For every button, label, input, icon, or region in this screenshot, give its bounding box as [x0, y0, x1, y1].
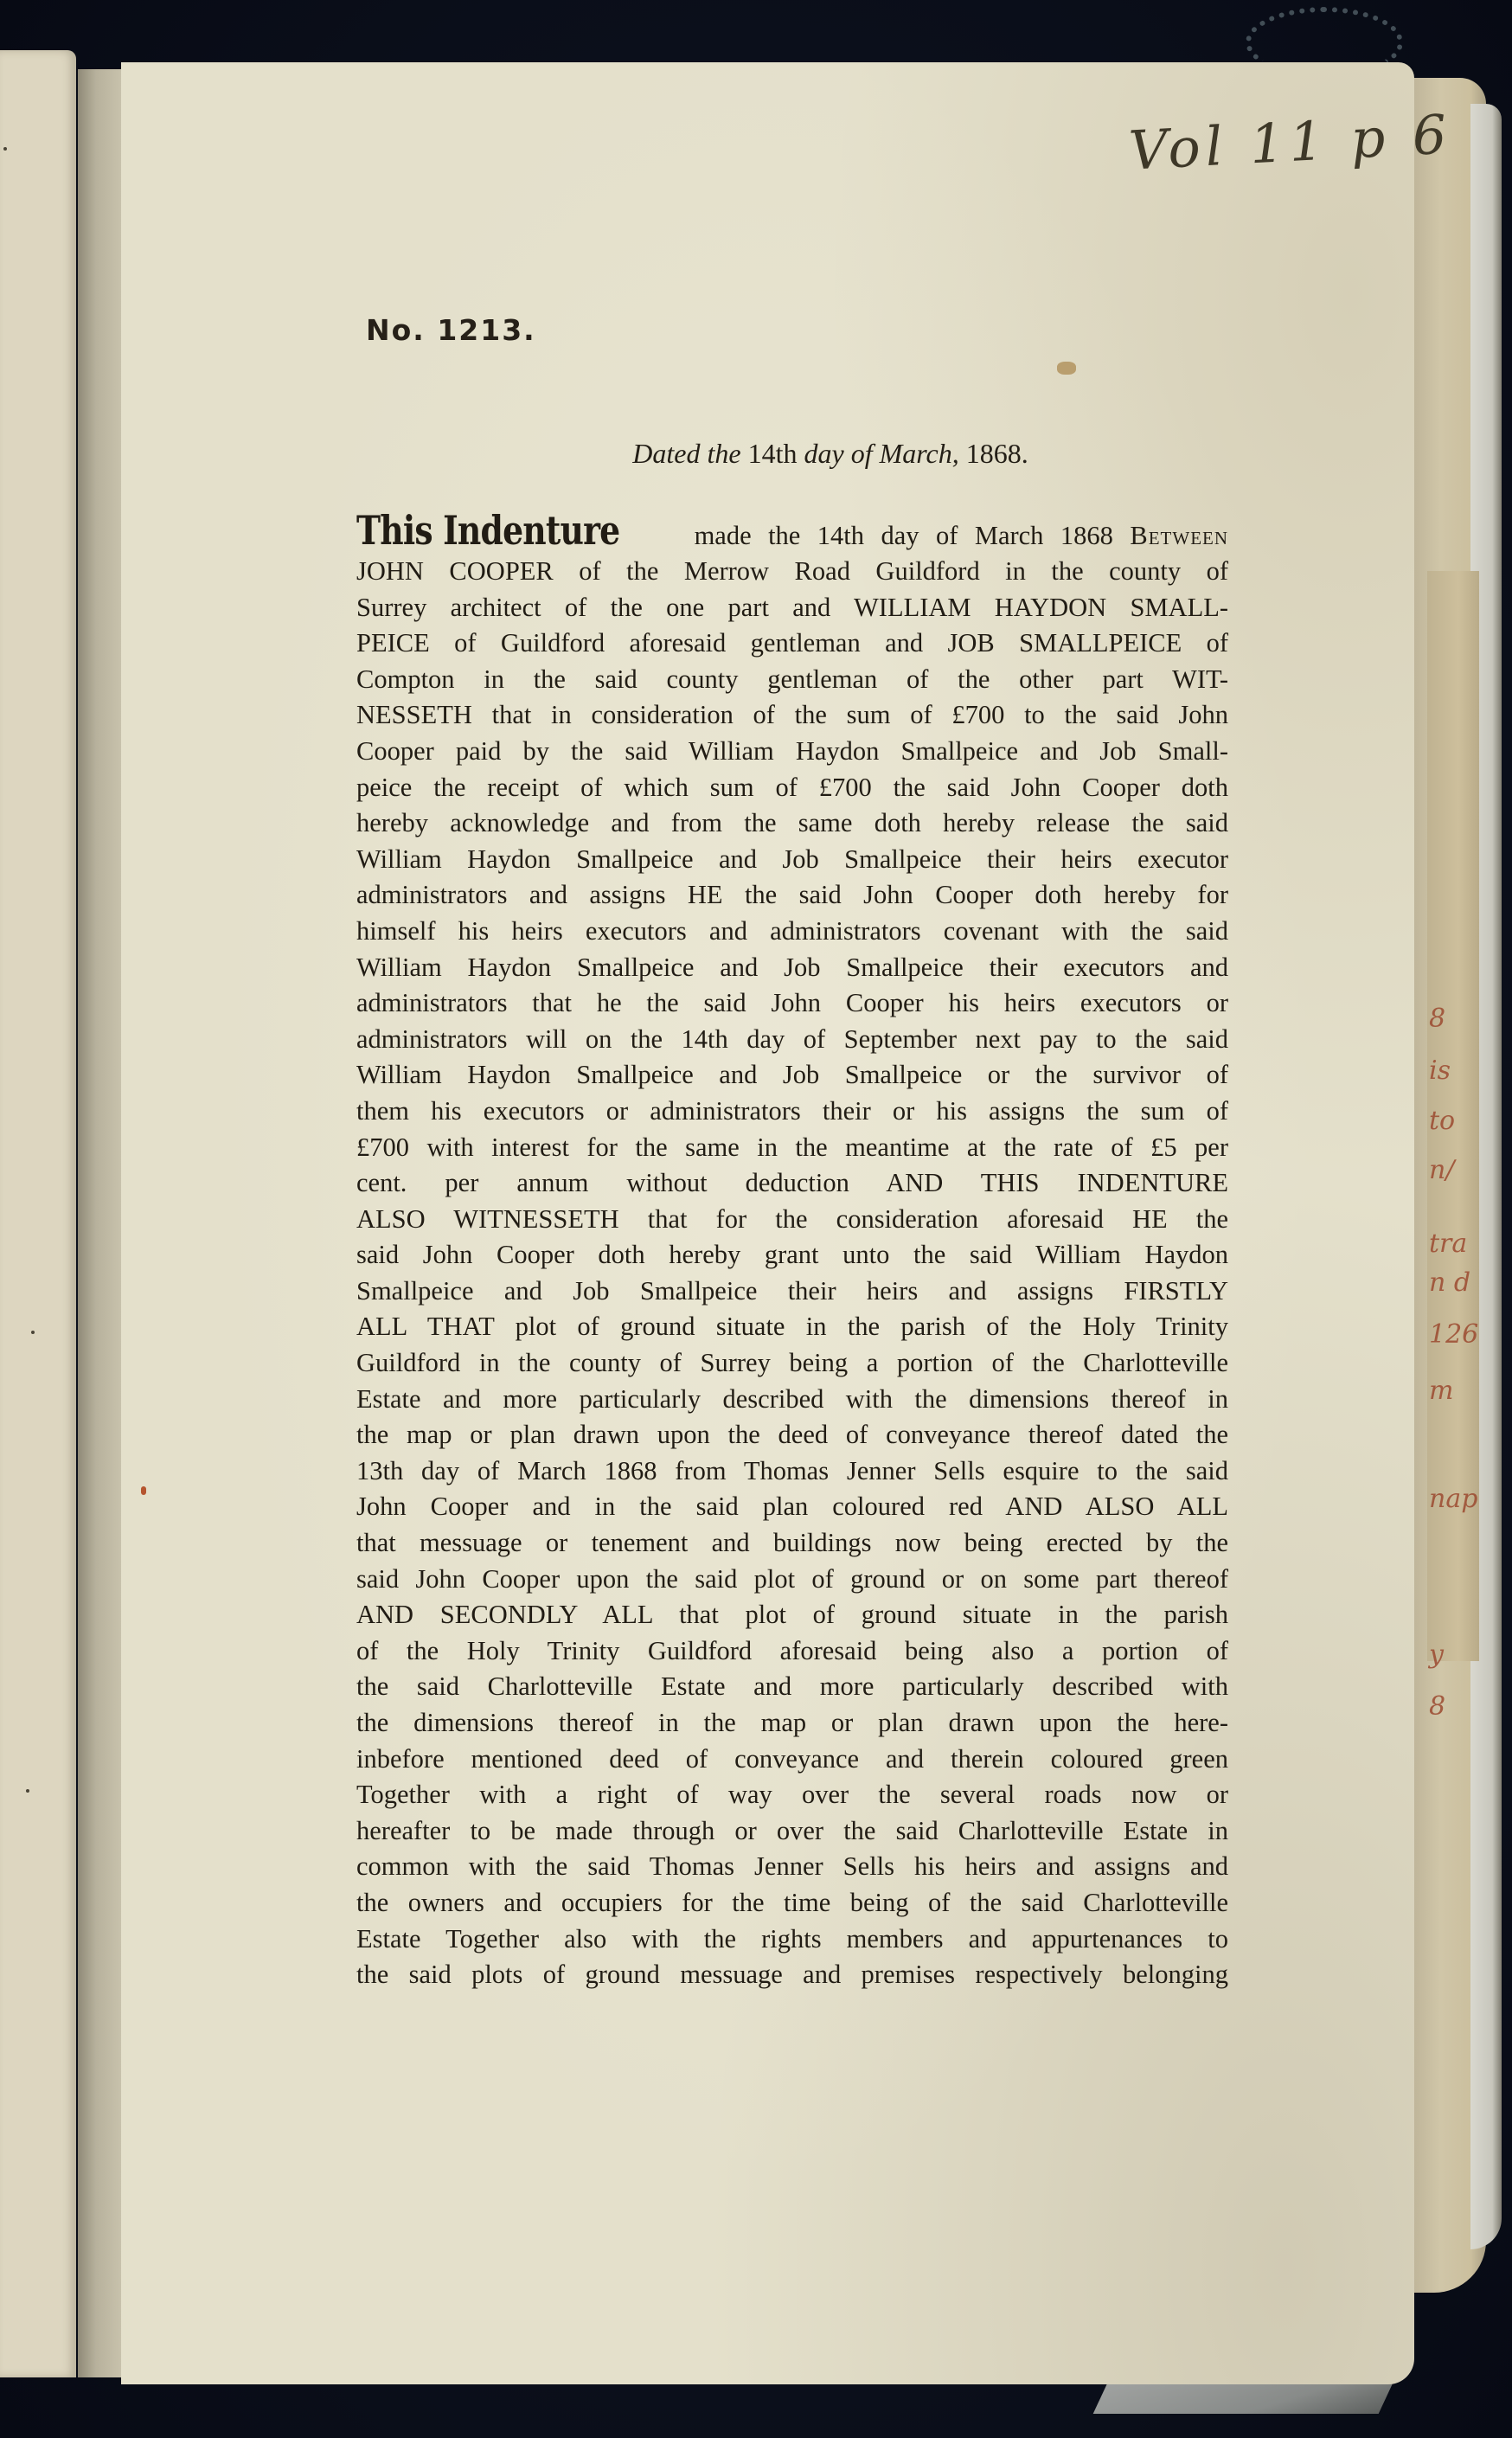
- dated-year: 1868.: [966, 438, 1028, 469]
- body-line: William Haydon Smallpeice and Job Smallp…: [356, 1057, 1228, 1094]
- margin-note: 8: [1429, 1691, 1445, 1722]
- dated-middle: day of: [804, 438, 872, 469]
- body-line: the owners and occupiers for the time be…: [356, 1885, 1228, 1922]
- body-line: common with the said Thomas Jenner Sells…: [356, 1849, 1228, 1885]
- body-line: ALSO WITNESSETH that for the considerati…: [356, 1202, 1228, 1238]
- body-line: Cooper paid by the said William Haydon S…: [356, 734, 1228, 770]
- body-line: cent. per annum without deduction AND TH…: [356, 1165, 1228, 1202]
- margin-note: n/: [1429, 1155, 1454, 1185]
- dated-prefix: Dated the: [632, 438, 740, 469]
- body-line: administrators will on the 14th day of S…: [356, 1022, 1228, 1058]
- page-speck: [26, 1789, 29, 1793]
- margin-note: is: [1429, 1055, 1451, 1086]
- left-facing-page: [0, 50, 76, 2377]
- body-line: 13th day of March 1868 from Thomas Jenne…: [356, 1453, 1228, 1490]
- document-number: No. 1213.: [366, 313, 536, 347]
- dated-line: Dated the 14th day of March, 1868.: [484, 438, 1176, 470]
- body-line: hereby acknowledge and from the same dot…: [356, 805, 1228, 842]
- body-line: the said plots of ground messuage and pr…: [356, 1957, 1228, 1993]
- red-ink-mark: [141, 1486, 146, 1495]
- body-line: said John Cooper doth hereby grant unto …: [356, 1237, 1228, 1274]
- body-line: the map or plan drawn upon the deed of c…: [356, 1417, 1228, 1453]
- body-line: of the Holy Trinity Guildford aforesaid …: [356, 1633, 1228, 1670]
- body-line: that messuage or tenement and buildings …: [356, 1525, 1228, 1562]
- dated-month: March,: [880, 438, 959, 469]
- body-line: ALL THAT plot of ground situate in the p…: [356, 1309, 1228, 1345]
- body-line: AND SECONDLY ALL that plot of ground sit…: [356, 1597, 1228, 1633]
- margin-note: to: [1429, 1106, 1455, 1136]
- paper-stain: [1057, 362, 1076, 375]
- page-speck: [3, 147, 7, 151]
- indenture-body: This Indenture made the 14th day of Marc…: [356, 507, 1228, 1993]
- body-line: Estate and more particularly described w…: [356, 1382, 1228, 1418]
- margin-note: y: [1429, 1639, 1444, 1670]
- between-word: Between: [1130, 521, 1228, 550]
- margin-note: 8: [1429, 1004, 1445, 1034]
- body-line: inbefore mentioned deed of conveyance an…: [356, 1742, 1228, 1778]
- body-line: Compton in the said county gentleman of …: [356, 662, 1228, 698]
- dated-day: 14th: [748, 438, 798, 469]
- body-line: Surrey architect of the one part and WIL…: [356, 590, 1228, 626]
- body-line: JOHN COOPER of the Merrow Road Guildford…: [356, 554, 1228, 590]
- body-line: Guildford in the county of Surrey being …: [356, 1345, 1228, 1382]
- page-speck: [31, 1331, 35, 1334]
- body-line: the dimensions thereof in the map or pla…: [356, 1705, 1228, 1742]
- body-line: administrators and assigns HE the said J…: [356, 877, 1228, 914]
- margin-note: nap: [1429, 1484, 1477, 1514]
- margin-note: n d: [1429, 1267, 1470, 1298]
- blackletter-heading: This Indenture: [356, 507, 619, 554]
- body-line: the said Charlotteville Estate and more …: [356, 1669, 1228, 1705]
- body-line: William Haydon Smallpeice and Job Smallp…: [356, 842, 1228, 878]
- body-line: Smallpeice and Job Smallpeice their heir…: [356, 1274, 1228, 1310]
- opening-line: This Indenture made the 14th day of Marc…: [356, 507, 1228, 554]
- book-gutter-shadow: [78, 69, 123, 2377]
- opening-text: made the 14th day of March 1868: [695, 521, 1113, 550]
- body-line: £700 with interest for the same in the m…: [356, 1130, 1228, 1166]
- body-line: them his executors or administrators the…: [356, 1094, 1228, 1130]
- body-line: hereafter to be made through or over the…: [356, 1813, 1228, 1850]
- body-line: Estate Together also with the rights mem…: [356, 1922, 1228, 1958]
- body-line: NESSETH that in consideration of the sum…: [356, 697, 1228, 734]
- margin-note: m: [1429, 1376, 1453, 1406]
- body-line: peice the receipt of which sum of £700 t…: [356, 770, 1228, 806]
- body-line: said John Cooper upon the said plot of g…: [356, 1562, 1228, 1598]
- body-line: administrators that he the said John Coo…: [356, 985, 1228, 1022]
- margin-note: 126: [1429, 1319, 1478, 1350]
- body-line: himself his heirs executors and administ…: [356, 914, 1228, 950]
- body-line: William Haydon Smallpeice and Job Smallp…: [356, 950, 1228, 986]
- scanned-book-spread: Vol 11 p 6 No. 1213. Dated the 14th day …: [0, 0, 1512, 2438]
- body-line: PEICE of Guildford aforesaid gentleman a…: [356, 626, 1228, 662]
- margin-note: tra: [1429, 1229, 1467, 1259]
- body-line: Together with a right of way over the se…: [356, 1777, 1228, 1813]
- body-line: John Cooper and in the said plan coloure…: [356, 1489, 1228, 1525]
